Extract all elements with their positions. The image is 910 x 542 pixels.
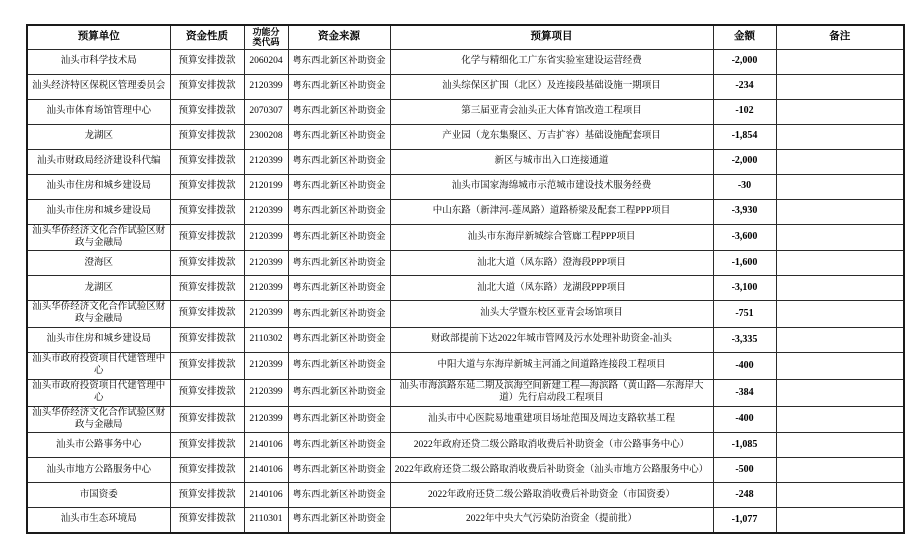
cell-budget-unit: 汕头市生态环境局 xyxy=(27,508,170,533)
cell-amount: -3,100 xyxy=(713,276,776,301)
header-row: 预算单位 资金性质 功能分 类代码 资金来源 预算项目 金额 备注 xyxy=(27,25,904,49)
cell-function-code: 2120199 xyxy=(244,174,288,199)
cell-amount: -3,930 xyxy=(713,199,776,224)
cell-fund-nature: 预算安排拨款 xyxy=(170,74,244,99)
cell-budget-unit: 汕头市政府投资项目代建管理中心 xyxy=(27,353,170,380)
table-row: 龙湖区预算安排拨款2300208粤东西北新区补助资金产业园（龙东集聚区、万吉扩容… xyxy=(27,124,904,149)
cell-fund-source: 粤东西北新区补助资金 xyxy=(288,174,390,199)
cell-fund-source: 粤东西北新区补助资金 xyxy=(288,458,390,483)
col-header-project: 预算项目 xyxy=(390,25,713,49)
col-header-unit: 预算单位 xyxy=(27,25,170,49)
cell-note xyxy=(776,276,904,301)
cell-amount: -1,077 xyxy=(713,508,776,533)
cell-budget-unit: 汕头市住房和城乡建设局 xyxy=(27,174,170,199)
cell-function-code: 2120399 xyxy=(244,353,288,380)
cell-fund-source: 粤东西北新区补助资金 xyxy=(288,328,390,353)
cell-budget-unit: 龙湖区 xyxy=(27,124,170,149)
cell-budget-unit: 市国资委 xyxy=(27,483,170,508)
cell-budget-unit: 汕头市科学技术局 xyxy=(27,49,170,74)
cell-note xyxy=(776,508,904,533)
cell-function-code: 2120399 xyxy=(244,224,288,251)
cell-function-code: 2140106 xyxy=(244,458,288,483)
table-row: 汕头华侨经济文化合作试验区财政与金融局预算安排拨款2120399粤东西北新区补助… xyxy=(27,406,904,433)
cell-budget-unit: 汕头市住房和城乡建设局 xyxy=(27,328,170,353)
cell-function-code: 2120399 xyxy=(244,149,288,174)
col-header-amount: 金额 xyxy=(713,25,776,49)
cell-budget-project: 新区与城市出入口连接通道 xyxy=(390,149,713,174)
cell-fund-nature: 预算安排拨款 xyxy=(170,483,244,508)
cell-function-code: 2120399 xyxy=(244,199,288,224)
cell-budget-project: 化学与精细化工广东省实验室建设运营经费 xyxy=(390,49,713,74)
cell-function-code: 2110302 xyxy=(244,328,288,353)
cell-fund-nature: 预算安排拨款 xyxy=(170,251,244,276)
cell-function-code: 2110301 xyxy=(244,508,288,533)
cell-note xyxy=(776,224,904,251)
cell-note xyxy=(776,379,904,406)
cell-note xyxy=(776,174,904,199)
cell-note xyxy=(776,433,904,458)
cell-fund-nature: 预算安排拨款 xyxy=(170,276,244,301)
cell-function-code: 2120399 xyxy=(244,406,288,433)
cell-budget-project: 汕头市中心医院易地重建项目场址范围及周边支路软基工程 xyxy=(390,406,713,433)
table-row: 汕头华侨经济文化合作试验区财政与金融局预算安排拨款2120399粤东西北新区补助… xyxy=(27,224,904,251)
cell-budget-project: 汕头市国家海绵城市示范城市建设技术服务经费 xyxy=(390,174,713,199)
cell-note xyxy=(776,149,904,174)
cell-budget-project: 2022年政府还贷二级公路取消收费后补助资金（市公路事务中心） xyxy=(390,433,713,458)
col-header-fund-nature: 资金性质 xyxy=(170,25,244,49)
cell-budget-unit: 汕头华侨经济文化合作试验区财政与金融局 xyxy=(27,406,170,433)
table-body: 汕头市科学技术局预算安排拨款2060204粤东西北新区补助资金化学与精细化工广东… xyxy=(27,49,904,533)
cell-fund-nature: 预算安排拨款 xyxy=(170,508,244,533)
cell-fund-nature: 预算安排拨款 xyxy=(170,379,244,406)
cell-fund-nature: 预算安排拨款 xyxy=(170,224,244,251)
cell-function-code: 2120399 xyxy=(244,301,288,328)
col-header-function-code: 功能分 类代码 xyxy=(244,25,288,49)
cell-budget-project: 2022年政府还贷二级公路取消收费后补助资金（市国资委） xyxy=(390,483,713,508)
cell-budget-project: 中阳大道与东海岸新城主河涌之间道路连接段工程项目 xyxy=(390,353,713,380)
cell-amount: -400 xyxy=(713,353,776,380)
cell-budget-unit: 澄海区 xyxy=(27,251,170,276)
cell-fund-source: 粤东西北新区补助资金 xyxy=(288,276,390,301)
cell-note xyxy=(776,251,904,276)
table-row: 汕头华侨经济文化合作试验区财政与金融局预算安排拨款2120399粤东西北新区补助… xyxy=(27,301,904,328)
cell-note xyxy=(776,99,904,124)
cell-function-code: 2120399 xyxy=(244,74,288,99)
cell-fund-source: 粤东西北新区补助资金 xyxy=(288,74,390,99)
cell-function-code: 2120399 xyxy=(244,379,288,406)
cell-fund-source: 粤东西北新区补助资金 xyxy=(288,353,390,380)
cell-amount: -1,085 xyxy=(713,433,776,458)
cell-note xyxy=(776,124,904,149)
cell-fund-source: 粤东西北新区补助资金 xyxy=(288,301,390,328)
cell-budget-project: 产业园（龙东集聚区、万吉扩容）基础设施配套项目 xyxy=(390,124,713,149)
cell-fund-nature: 预算安排拨款 xyxy=(170,433,244,458)
cell-amount: -3,335 xyxy=(713,328,776,353)
cell-note xyxy=(776,483,904,508)
cell-fund-source: 粤东西北新区补助资金 xyxy=(288,433,390,458)
cell-fund-nature: 预算安排拨款 xyxy=(170,124,244,149)
cell-fund-nature: 预算安排拨款 xyxy=(170,49,244,74)
table-row: 汕头市政府投资项目代建管理中心预算安排拨款2120399粤东西北新区补助资金中阳… xyxy=(27,353,904,380)
cell-amount: -1,600 xyxy=(713,251,776,276)
cell-fund-nature: 预算安排拨款 xyxy=(170,99,244,124)
table-row: 汕头市住房和城乡建设局预算安排拨款2120199粤东西北新区补助资金汕头市国家海… xyxy=(27,174,904,199)
cell-amount: -500 xyxy=(713,458,776,483)
cell-function-code: 2120399 xyxy=(244,276,288,301)
cell-function-code: 2060204 xyxy=(244,49,288,74)
table-row: 市国资委预算安排拨款2140106粤东西北新区补助资金2022年政府还贷二级公路… xyxy=(27,483,904,508)
table-row: 汕头市地方公路服务中心预算安排拨款2140106粤东西北新区补助资金2022年政… xyxy=(27,458,904,483)
cell-fund-nature: 预算安排拨款 xyxy=(170,458,244,483)
cell-fund-source: 粤东西北新区补助资金 xyxy=(288,508,390,533)
cell-amount: -384 xyxy=(713,379,776,406)
cell-function-code: 2300208 xyxy=(244,124,288,149)
document-page: 预算单位 资金性质 功能分 类代码 资金来源 预算项目 金额 备注 汕头市科学技… xyxy=(0,0,910,542)
cell-fund-source: 粤东西北新区补助资金 xyxy=(288,251,390,276)
cell-fund-source: 粤东西北新区补助资金 xyxy=(288,406,390,433)
cell-fund-nature: 预算安排拨款 xyxy=(170,328,244,353)
col-header-fund-source: 资金来源 xyxy=(288,25,390,49)
cell-note xyxy=(776,49,904,74)
cell-amount: -102 xyxy=(713,99,776,124)
cell-fund-source: 粤东西北新区补助资金 xyxy=(288,124,390,149)
cell-budget-unit: 汕头市住房和城乡建设局 xyxy=(27,199,170,224)
cell-amount: -1,854 xyxy=(713,124,776,149)
cell-fund-source: 粤东西北新区补助资金 xyxy=(288,379,390,406)
cell-budget-unit: 汕头华侨经济文化合作试验区财政与金融局 xyxy=(27,224,170,251)
cell-budget-unit: 汕头市体育场馆管理中心 xyxy=(27,99,170,124)
cell-amount: -2,000 xyxy=(713,49,776,74)
table-row: 汕头市住房和城乡建设局预算安排拨款2120399粤东西北新区补助资金中山东路（新… xyxy=(27,199,904,224)
cell-budget-project: 汕北大道（凤东路）龙湖段PPP项目 xyxy=(390,276,713,301)
cell-budget-project: 汕头大学暨东校区亚青会场馆项目 xyxy=(390,301,713,328)
table-row: 汕头市住房和城乡建设局预算安排拨款2110302粤东西北新区补助资金财政部提前下… xyxy=(27,328,904,353)
cell-budget-unit: 汕头市财政局经济建设科代编 xyxy=(27,149,170,174)
cell-budget-project: 2022年政府还贷二级公路取消收费后补助资金（汕头市地方公路服务中心） xyxy=(390,458,713,483)
table-row: 汕头市财政局经济建设科代编预算安排拨款2120399粤东西北新区补助资金新区与城… xyxy=(27,149,904,174)
cell-amount: -248 xyxy=(713,483,776,508)
cell-budget-unit: 汕头华侨经济文化合作试验区财政与金融局 xyxy=(27,301,170,328)
cell-amount: -751 xyxy=(713,301,776,328)
table-row: 汕头经济特区保税区管理委员会预算安排拨款2120399粤东西北新区补助资金汕头综… xyxy=(27,74,904,99)
cell-note xyxy=(776,74,904,99)
cell-fund-nature: 预算安排拨款 xyxy=(170,353,244,380)
cell-fund-nature: 预算安排拨款 xyxy=(170,301,244,328)
cell-fund-nature: 预算安排拨款 xyxy=(170,149,244,174)
cell-amount: -400 xyxy=(713,406,776,433)
cell-budget-project: 汕头市海滨路东延二期及滨海空间新建工程—海滨路（黄山路—东海岸大道）先行启动段工… xyxy=(390,379,713,406)
cell-note xyxy=(776,301,904,328)
cell-fund-source: 粤东西北新区补助资金 xyxy=(288,224,390,251)
cell-fund-source: 粤东西北新区补助资金 xyxy=(288,199,390,224)
cell-budget-project: 汕头市东海岸新城综合管廊工程PPP项目 xyxy=(390,224,713,251)
cell-note xyxy=(776,353,904,380)
cell-budget-unit: 汕头市地方公路服务中心 xyxy=(27,458,170,483)
cell-fund-nature: 预算安排拨款 xyxy=(170,406,244,433)
cell-budget-unit: 龙湖区 xyxy=(27,276,170,301)
table-header: 预算单位 资金性质 功能分 类代码 资金来源 预算项目 金额 备注 xyxy=(27,25,904,49)
cell-budget-project: 中山东路（新津河-莲凤路）道路桥梁及配套工程PPP项目 xyxy=(390,199,713,224)
cell-amount: -234 xyxy=(713,74,776,99)
cell-note xyxy=(776,458,904,483)
table-row: 汕头市生态环境局预算安排拨款2110301粤东西北新区补助资金2022年中央大气… xyxy=(27,508,904,533)
table-row: 澄海区预算安排拨款2120399粤东西北新区补助资金汕北大道（凤东路）澄海段PP… xyxy=(27,251,904,276)
table-row: 龙湖区预算安排拨款2120399粤东西北新区补助资金汕北大道（凤东路）龙湖段PP… xyxy=(27,276,904,301)
cell-budget-project: 财政部提前下达2022年城市管网及污水处理补助资金-汕头 xyxy=(390,328,713,353)
cell-fund-nature: 预算安排拨款 xyxy=(170,174,244,199)
cell-budget-unit: 汕头市政府投资项目代建管理中心 xyxy=(27,379,170,406)
table-row: 汕头市政府投资项目代建管理中心预算安排拨款2120399粤东西北新区补助资金汕头… xyxy=(27,379,904,406)
cell-fund-source: 粤东西北新区补助资金 xyxy=(288,49,390,74)
cell-amount: -3,600 xyxy=(713,224,776,251)
cell-budget-project: 汕头综保区扩围（北区）及连接段基础设施一期项目 xyxy=(390,74,713,99)
cell-note xyxy=(776,406,904,433)
cell-fund-source: 粤东西北新区补助资金 xyxy=(288,149,390,174)
table-row: 汕头市科学技术局预算安排拨款2060204粤东西北新区补助资金化学与精细化工广东… xyxy=(27,49,904,74)
cell-note xyxy=(776,328,904,353)
cell-amount: -2,000 xyxy=(713,149,776,174)
cell-budget-unit: 汕头市公路事务中心 xyxy=(27,433,170,458)
cell-budget-unit: 汕头经济特区保税区管理委员会 xyxy=(27,74,170,99)
cell-function-code: 2120399 xyxy=(244,251,288,276)
cell-note xyxy=(776,199,904,224)
cell-budget-project: 2022年中央大气污染防治资金（提前批） xyxy=(390,508,713,533)
cell-function-code: 2140106 xyxy=(244,483,288,508)
cell-budget-project: 第三届亚青会汕头正大体育馆改造工程项目 xyxy=(390,99,713,124)
cell-budget-project: 汕北大道（凤东路）澄海段PPP项目 xyxy=(390,251,713,276)
cell-fund-source: 粤东西北新区补助资金 xyxy=(288,483,390,508)
cell-fund-source: 粤东西北新区补助资金 xyxy=(288,99,390,124)
budget-table: 预算单位 资金性质 功能分 类代码 资金来源 预算项目 金额 备注 汕头市科学技… xyxy=(26,24,905,534)
col-header-note: 备注 xyxy=(776,25,904,49)
cell-function-code: 2140106 xyxy=(244,433,288,458)
cell-amount: -30 xyxy=(713,174,776,199)
cell-function-code: 2070307 xyxy=(244,99,288,124)
cell-fund-nature: 预算安排拨款 xyxy=(170,199,244,224)
table-row: 汕头市公路事务中心预算安排拨款2140106粤东西北新区补助资金2022年政府还… xyxy=(27,433,904,458)
table-row: 汕头市体育场馆管理中心预算安排拨款2070307粤东西北新区补助资金第三届亚青会… xyxy=(27,99,904,124)
